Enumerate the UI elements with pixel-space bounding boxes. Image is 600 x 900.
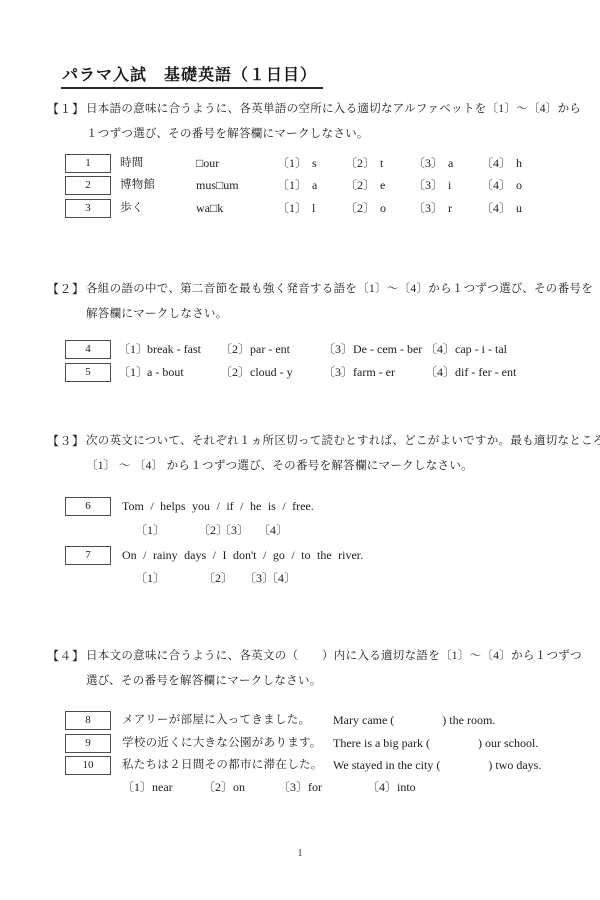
option-bracket: 〔1〕 <box>122 778 152 797</box>
q3-row-7-marks: 〔1〕 〔2〕 〔3〕 〔4〕 <box>0 569 600 588</box>
option-bracket: 〔4〕 <box>425 340 455 359</box>
q3-row-7: 7 On / rainy days / I don't / go / to th… <box>0 546 600 565</box>
option-value: o <box>380 199 386 218</box>
option-value: for <box>308 778 322 797</box>
option-bracket: 〔1〕 <box>118 340 148 359</box>
option-bracket: 〔2〕 <box>220 340 250 359</box>
option-bracket: 〔1〕 <box>118 363 148 382</box>
option-value: a <box>312 176 317 195</box>
question-4-instruction-line1: 日本文の意味に合うように、各英文の（ ）内に入る適切な語を〔1〕～〔4〕から１つ… <box>86 647 582 663</box>
pause-mark: 〔4〕 <box>258 521 288 540</box>
answer-number-box: 6 <box>65 497 111 516</box>
page-title: パラマ入試 基礎英語（１日目） <box>61 67 323 89</box>
question-2-instruction-line2: 解答欄にマークしなさい。 <box>86 305 228 321</box>
option-bracket: 〔4〕 <box>425 363 455 382</box>
option-value: De - cem - ber <box>353 340 422 359</box>
japanese-prompt: 学校の近くに大きな公園があります。 <box>122 734 322 753</box>
option-value: a - bout <box>147 363 184 382</box>
word-with-blank: mus□um <box>196 176 239 195</box>
q4-options-row: 〔1〕 near 〔2〕 on 〔3〕 for 〔4〕 into <box>0 778 600 797</box>
question-3-instruction-line1: 次の英文について、それぞれ１ヵ所区切って読むとすれば、どこがよいですか。最も適切… <box>86 432 600 448</box>
option-value: on <box>233 778 245 797</box>
japanese-prompt: 私たちは２日間その都市に滞在した。 <box>122 756 323 775</box>
question-1-instruction-line1: 日本語の意味に合うように、各英単語の空所に入る適切なアルファベットを〔1〕～〔4… <box>86 100 581 116</box>
exam-page: パラマ入試 基礎英語（１日目） 【１】 日本語の意味に合うように、各英単語の空所… <box>0 0 600 900</box>
answer-number-box: 9 <box>65 734 111 753</box>
option-bracket: 〔3〕 <box>323 340 353 359</box>
answer-number-box: 2 <box>65 176 111 195</box>
english-sentence-with-blank: Mary came ( ) the room. <box>333 711 495 730</box>
japanese-prompt: 時間 <box>120 154 144 173</box>
option-value: i <box>448 176 451 195</box>
answer-number-box: 4 <box>65 340 111 359</box>
option-value: s <box>312 154 317 173</box>
question-2-label: 【２】 <box>47 280 85 297</box>
option-value: dif - fer - ent <box>455 363 516 382</box>
english-sentence: Tom / helps you / if / he is / free. <box>122 497 314 516</box>
japanese-prompt: 博物館 <box>120 176 155 195</box>
q2-row-4: 4 〔1〕 break - fast 〔2〕 par - ent 〔3〕 De … <box>0 340 600 359</box>
option-value: o <box>516 176 522 195</box>
option-bracket: 〔3〕 <box>413 199 443 218</box>
answer-number-box: 5 <box>65 363 111 382</box>
question-4-label: 【４】 <box>47 647 85 664</box>
word-with-blank: wa□k <box>196 199 223 218</box>
option-bracket: 〔4〕 <box>481 199 511 218</box>
option-bracket: 〔1〕 <box>277 176 307 195</box>
option-value: h <box>516 154 522 173</box>
pause-mark: 〔4〕 <box>266 569 296 588</box>
option-bracket: 〔4〕 <box>481 176 511 195</box>
q4-row-10: 10 私たちは２日間その都市に滞在した。 We stayed in the ci… <box>0 756 600 775</box>
option-bracket: 〔2〕 <box>203 778 233 797</box>
option-value: cap - i - tal <box>455 340 507 359</box>
word-with-blank: □our <box>196 154 219 173</box>
answer-number-box: 7 <box>65 546 111 565</box>
q1-row-2: 2 博物館 mus□um 〔1〕 a 〔2〕 e 〔3〕 i 〔4〕 o <box>0 176 600 195</box>
option-value: r <box>448 199 452 218</box>
japanese-prompt: メアリーが部屋に入ってきました。 <box>122 711 310 730</box>
answer-number-box: 8 <box>65 711 111 730</box>
option-bracket: 〔1〕 <box>277 154 307 173</box>
english-sentence: On / rainy days / I don't / go / to the … <box>122 546 363 565</box>
japanese-prompt: 歩く <box>120 199 144 218</box>
option-value: t <box>380 154 383 173</box>
question-1-label: 【１】 <box>47 100 85 117</box>
option-bracket: 〔2〕 <box>220 363 250 382</box>
option-value: break - fast <box>147 340 201 359</box>
option-bracket: 〔3〕 <box>413 154 443 173</box>
q2-row-5: 5 〔1〕 a - bout 〔2〕 cloud - y 〔3〕 farm - … <box>0 363 600 382</box>
q1-row-1: 1 時間 □our 〔1〕 s 〔2〕 t 〔3〕 a 〔4〕 h <box>0 154 600 173</box>
question-1-instruction-line2: １つずつ選び、その番号を解答欄にマークしなさい。 <box>86 125 369 141</box>
pause-mark: 〔2〕 <box>203 569 233 588</box>
option-bracket: 〔3〕 <box>323 363 353 382</box>
option-value: into <box>397 778 416 797</box>
question-3-instruction-line2: 〔1〕 ～ 〔4〕 から１つずつ選び、その番号を解答欄にマークしなさい。 <box>86 457 473 473</box>
answer-number-box: 1 <box>65 154 111 173</box>
question-2-instruction-line1: 各組の語の中で、第二音節を最も強く発音する語を〔1〕～〔4〕から１つずつ選び、そ… <box>86 280 593 296</box>
q3-row-6-marks: 〔1〕 〔2〕 〔3〕 〔4〕 <box>0 521 600 540</box>
pause-mark: 〔1〕 <box>135 521 165 540</box>
option-value: e <box>380 176 385 195</box>
option-bracket: 〔2〕 <box>345 199 375 218</box>
option-value: l <box>312 199 315 218</box>
q4-row-8: 8 メアリーが部屋に入ってきました。 Mary came ( ) the roo… <box>0 711 600 730</box>
answer-number-box: 3 <box>65 199 111 218</box>
option-value: cloud - y <box>250 363 293 382</box>
q4-row-9: 9 学校の近くに大きな公園があります。 There is a big park … <box>0 734 600 753</box>
option-bracket: 〔3〕 <box>413 176 443 195</box>
question-4-instruction-line2: 選び、その番号を解答欄にマークしなさい。 <box>86 672 322 688</box>
q3-row-6: 6 Tom / helps you / if / he is / free. <box>0 497 600 516</box>
option-value: near <box>152 778 173 797</box>
option-value: par - ent <box>250 340 290 359</box>
option-value: farm - er <box>353 363 395 382</box>
question-3-label: 【３】 <box>47 432 85 449</box>
page-number: 1 <box>0 847 600 859</box>
answer-number-box: 10 <box>65 756 111 775</box>
option-value: a <box>448 154 453 173</box>
pause-mark: 〔1〕 <box>135 569 165 588</box>
english-sentence-with-blank: We stayed in the city ( ) two days. <box>333 756 541 775</box>
option-bracket: 〔2〕 <box>345 154 375 173</box>
option-value: u <box>516 199 522 218</box>
option-bracket: 〔4〕 <box>367 778 397 797</box>
pause-mark: 〔3〕 <box>219 521 249 540</box>
option-bracket: 〔4〕 <box>481 154 511 173</box>
page-title-wrap: パラマ入試 基礎英語（１日目） <box>45 44 323 103</box>
q1-row-3: 3 歩く wa□k 〔1〕 l 〔2〕 o 〔3〕 r 〔4〕 u <box>0 199 600 218</box>
option-bracket: 〔3〕 <box>278 778 308 797</box>
option-bracket: 〔1〕 <box>277 199 307 218</box>
option-bracket: 〔2〕 <box>345 176 375 195</box>
english-sentence-with-blank: There is a big park ( ) our school. <box>333 734 538 753</box>
